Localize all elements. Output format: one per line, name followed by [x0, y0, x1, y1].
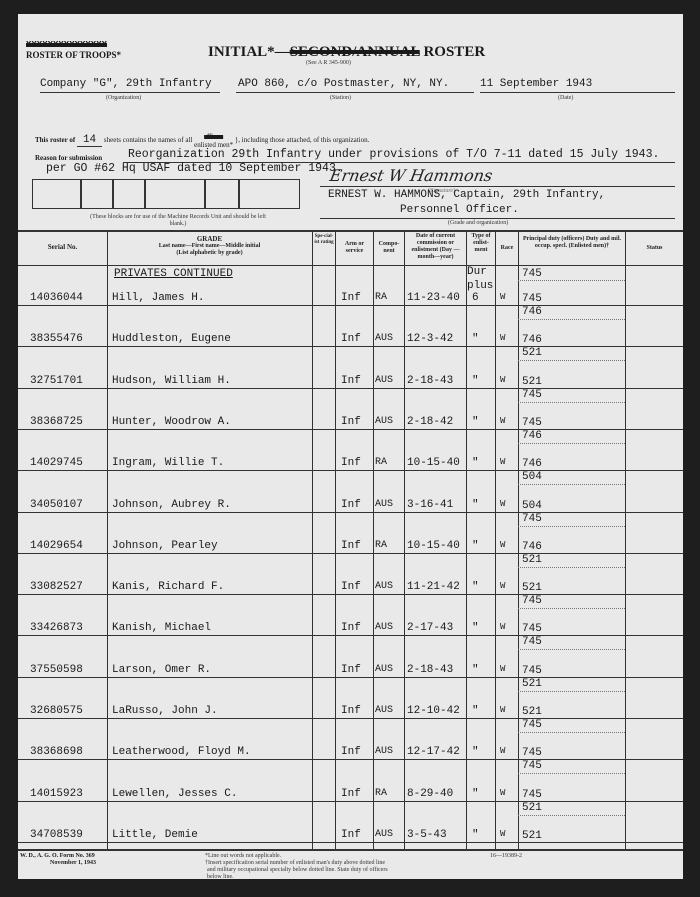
duty-dotted-line [518, 360, 625, 361]
type-plus: plus [467, 280, 493, 292]
component: AUS [375, 664, 393, 675]
component: AUS [375, 375, 393, 386]
soldier-name: Leatherwood, Floyd M. [112, 746, 251, 758]
serial-number: 33426873 [30, 622, 83, 634]
header-arm: Arm or service [336, 241, 373, 255]
serial-number: 14015923 [30, 788, 83, 800]
arm-of-service: Inf [341, 788, 361, 800]
row-divider [18, 388, 683, 389]
footnote-3: and military occupational specialty belo… [207, 867, 388, 873]
header-type: Type of enlist-ment [467, 233, 495, 254]
arm-of-service: Inf [341, 581, 361, 593]
component: RA [375, 457, 387, 468]
type-dur: Dur [467, 266, 487, 278]
duty-code: 521 [522, 582, 542, 594]
soldier-name: Lewellen, Jesses C. [112, 788, 237, 800]
soldier-name: Hunter, Woodrow A. [112, 416, 231, 428]
soldier-name: LaRusso, John J. [112, 705, 218, 717]
soldier-name: Johnson, Aubrey R. [112, 499, 231, 511]
row-divider [18, 677, 683, 678]
row-divider [18, 718, 683, 719]
arm-of-service: Inf [341, 416, 361, 428]
row-divider [18, 346, 683, 347]
col-divider [625, 230, 626, 850]
serial-number: 38368725 [30, 416, 83, 428]
soldier-name: Johnson, Pearley [112, 540, 218, 552]
duty-code-next: 504 [522, 471, 542, 483]
enlistment-date: 2-18-42 [407, 416, 453, 428]
enlistment-type: " [472, 622, 479, 634]
form-number: W. D., A. G. O. Form No. 369 [20, 853, 95, 859]
duty-code-next: 745 [522, 389, 542, 401]
enlistment-type: " [472, 540, 479, 552]
component: AUS [375, 581, 393, 592]
enlistment-type: " [472, 416, 479, 428]
duty-dotted-line [518, 732, 625, 733]
header-name: Last name—First name—Middle initial [107, 243, 312, 250]
soldier-name: Little, Demie [112, 829, 198, 841]
enlistment-type: " [472, 499, 479, 511]
duty-code-next: 745 [522, 760, 542, 772]
header-race: Race [496, 245, 518, 252]
duty-dotted-line [518, 649, 625, 650]
soldier-name: Larson, Omer R. [112, 664, 211, 676]
duty-code: 521 [522, 830, 542, 842]
component: AUS [375, 416, 393, 427]
arm-of-service: Inf [341, 664, 361, 676]
soldier-name: Hudson, William H. [112, 375, 231, 387]
enlistment-type: " [472, 375, 479, 387]
col-divider [495, 230, 496, 850]
header-duty: Principal duty (officers) Duty and mil. … [519, 236, 625, 250]
race: W [500, 581, 505, 591]
enlistment-type: " [472, 664, 479, 676]
race: W [500, 499, 505, 509]
duty-code-next: 521 [522, 678, 542, 690]
enlistment-date: 10-15-40 [407, 540, 460, 552]
arm-of-service: Inf [341, 705, 361, 717]
duty-code: 504 [522, 500, 542, 512]
duty-dotted-line [518, 484, 625, 485]
arm-of-service: Inf [341, 292, 361, 304]
component: AUS [375, 622, 393, 633]
duty-code: 746 [522, 334, 542, 346]
race: W [500, 829, 505, 839]
arm-of-service: Inf [341, 333, 361, 345]
component: AUS [375, 829, 393, 840]
header-grade-title: GRADE [107, 236, 312, 243]
soldier-name: Kanis, Richard F. [112, 581, 224, 593]
col-divider [373, 230, 374, 850]
enlistment-date: 3-16-41 [407, 499, 453, 511]
serial-number: 33082527 [30, 581, 83, 593]
arm-of-service: Inf [341, 540, 361, 552]
arm-of-service: Inf [341, 622, 361, 634]
enlistment-date: 12-10-42 [407, 705, 460, 717]
arm-of-service: Inf [341, 746, 361, 758]
duty-code: 745 [522, 789, 542, 801]
component: AUS [375, 705, 393, 716]
arm-of-service: Inf [341, 829, 361, 841]
footnote-1: *Line out words not applicable. [205, 853, 281, 859]
enlistment-type: " [472, 333, 479, 345]
col-divider [518, 230, 519, 850]
col-divider [466, 230, 467, 850]
race: W [500, 375, 505, 385]
col-divider [312, 230, 313, 850]
duty-dotted-line [518, 402, 625, 403]
race: W [500, 457, 505, 467]
enlistment-date: 11-23-40 [407, 292, 460, 304]
row-divider [18, 842, 683, 843]
serial-number: 14029654 [30, 540, 83, 552]
serial-number: 14036044 [30, 292, 83, 304]
col-divider [335, 230, 336, 850]
component: AUS [375, 499, 393, 510]
component: RA [375, 292, 387, 303]
serial-number: 32680575 [30, 705, 83, 717]
duty-code: 745 [522, 665, 542, 677]
duty-dotted-line [518, 691, 625, 692]
soldier-name: Kanish, Michael [112, 622, 211, 634]
duty-dotted-line [518, 567, 625, 568]
arm-of-service: Inf [341, 457, 361, 469]
row-divider [18, 801, 683, 802]
print-code: 16—19389-2 [490, 853, 522, 859]
duty-code-next: 746 [522, 430, 542, 442]
duty-code-next: 746 [522, 306, 542, 318]
duty-dotted-line [518, 319, 625, 320]
serial-number: 37550598 [30, 664, 83, 676]
header-grade: GRADE Last name—First name—Middle initia… [107, 236, 312, 257]
enlistment-date: 10-15-40 [407, 457, 460, 469]
duty-code: 746 [522, 458, 542, 470]
serial-number: 38355476 [30, 333, 83, 345]
duty-code: 745 [522, 417, 542, 429]
enlistment-type: " [472, 705, 479, 717]
duty-code: 745 [522, 623, 542, 635]
duty-top: 745 [522, 268, 542, 280]
duty-code-next: 521 [522, 554, 542, 566]
enlistment-date: 2-18-43 [407, 375, 453, 387]
footnote-4: below line. [207, 874, 234, 880]
header-serial: Serial No. [18, 244, 107, 251]
component: AUS [375, 746, 393, 757]
row-divider [18, 512, 683, 513]
enlistment-date: 11-21-42 [407, 581, 460, 593]
footnote-2: †Insert specification serial number of e… [205, 860, 385, 866]
enlistment-type: " [472, 788, 479, 800]
header-bottom-border [18, 265, 683, 266]
header-date: Date of current commission or enlistment… [405, 233, 466, 261]
section-label: PRIVATES CONTINUED [114, 268, 233, 280]
race: W [500, 540, 505, 550]
duty-code-next: 521 [522, 802, 542, 814]
duty-code-next: 745 [522, 719, 542, 731]
header-status: Status [626, 245, 683, 252]
race: W [500, 664, 505, 674]
enlistment-date: 2-17-43 [407, 622, 453, 634]
row-divider [18, 305, 683, 306]
duty-dotted-line [518, 280, 625, 281]
component: RA [375, 788, 387, 799]
header-list: (List alphabetic by grade) [107, 250, 312, 257]
duty-code: 745 [522, 747, 542, 759]
race: W [500, 788, 505, 798]
row-divider [18, 553, 683, 554]
soldier-name: Hill, James H. [112, 292, 204, 304]
row-divider [18, 429, 683, 430]
row-divider [18, 594, 683, 595]
serial-number: 14029745 [30, 457, 83, 469]
row-divider [18, 635, 683, 636]
duty-code: 745 [522, 293, 542, 305]
duty-code: 521 [522, 376, 542, 388]
row-divider [18, 759, 683, 760]
duty-dotted-line [518, 608, 625, 609]
duty-dotted-line [518, 773, 625, 774]
duty-dotted-line [518, 443, 625, 444]
arm-of-service: Inf [341, 375, 361, 387]
arm-of-service: Inf [341, 499, 361, 511]
enlistment-type: " [472, 829, 479, 841]
enlistment-type: 6 [472, 292, 479, 304]
race: W [500, 416, 505, 426]
duty-code: 746 [522, 541, 542, 553]
serial-number: 38368698 [30, 746, 83, 758]
soldier-name: Ingram, Willie T. [112, 457, 224, 469]
row-divider [18, 470, 683, 471]
header-component: Compo-nent [374, 241, 404, 255]
serial-number: 34708539 [30, 829, 83, 841]
duty-code-next: 745 [522, 595, 542, 607]
enlistment-type: " [472, 457, 479, 469]
enlistment-date: 12-3-42 [407, 333, 453, 345]
duty-code-next: 745 [522, 513, 542, 525]
col-divider [107, 230, 108, 850]
duty-dotted-line [518, 526, 625, 527]
race: W [500, 292, 505, 302]
duty-code-next: 745 [522, 636, 542, 648]
serial-number: 34050107 [30, 499, 83, 511]
race: W [500, 746, 505, 756]
header-specialist: Spe-cial-ist rating [313, 234, 335, 246]
enlistment-date: 12-17-42 [407, 746, 460, 758]
enlistment-date: 2-18-43 [407, 664, 453, 676]
enlistment-date: 8-29-40 [407, 788, 453, 800]
race: W [500, 333, 505, 343]
duty-dotted-line [518, 815, 625, 816]
race: W [500, 622, 505, 632]
enlistment-type: " [472, 581, 479, 593]
duty-code-next: 521 [522, 347, 542, 359]
enlistment-type: " [472, 746, 479, 758]
component: RA [375, 540, 387, 551]
race: W [500, 705, 505, 715]
soldier-name: Huddleston, Eugene [112, 333, 231, 345]
duty-code: 521 [522, 706, 542, 718]
table-top-border [18, 230, 683, 232]
enlistment-date: 3-5-43 [407, 829, 447, 841]
col-divider [404, 230, 405, 850]
form-date: November 1, 1943 [50, 860, 96, 866]
table-bottom-border [18, 849, 683, 851]
component: AUS [375, 333, 393, 344]
roster-table: Serial No. GRADE Last name—First name—Mi… [0, 0, 700, 897]
serial-number: 32751701 [30, 375, 83, 387]
